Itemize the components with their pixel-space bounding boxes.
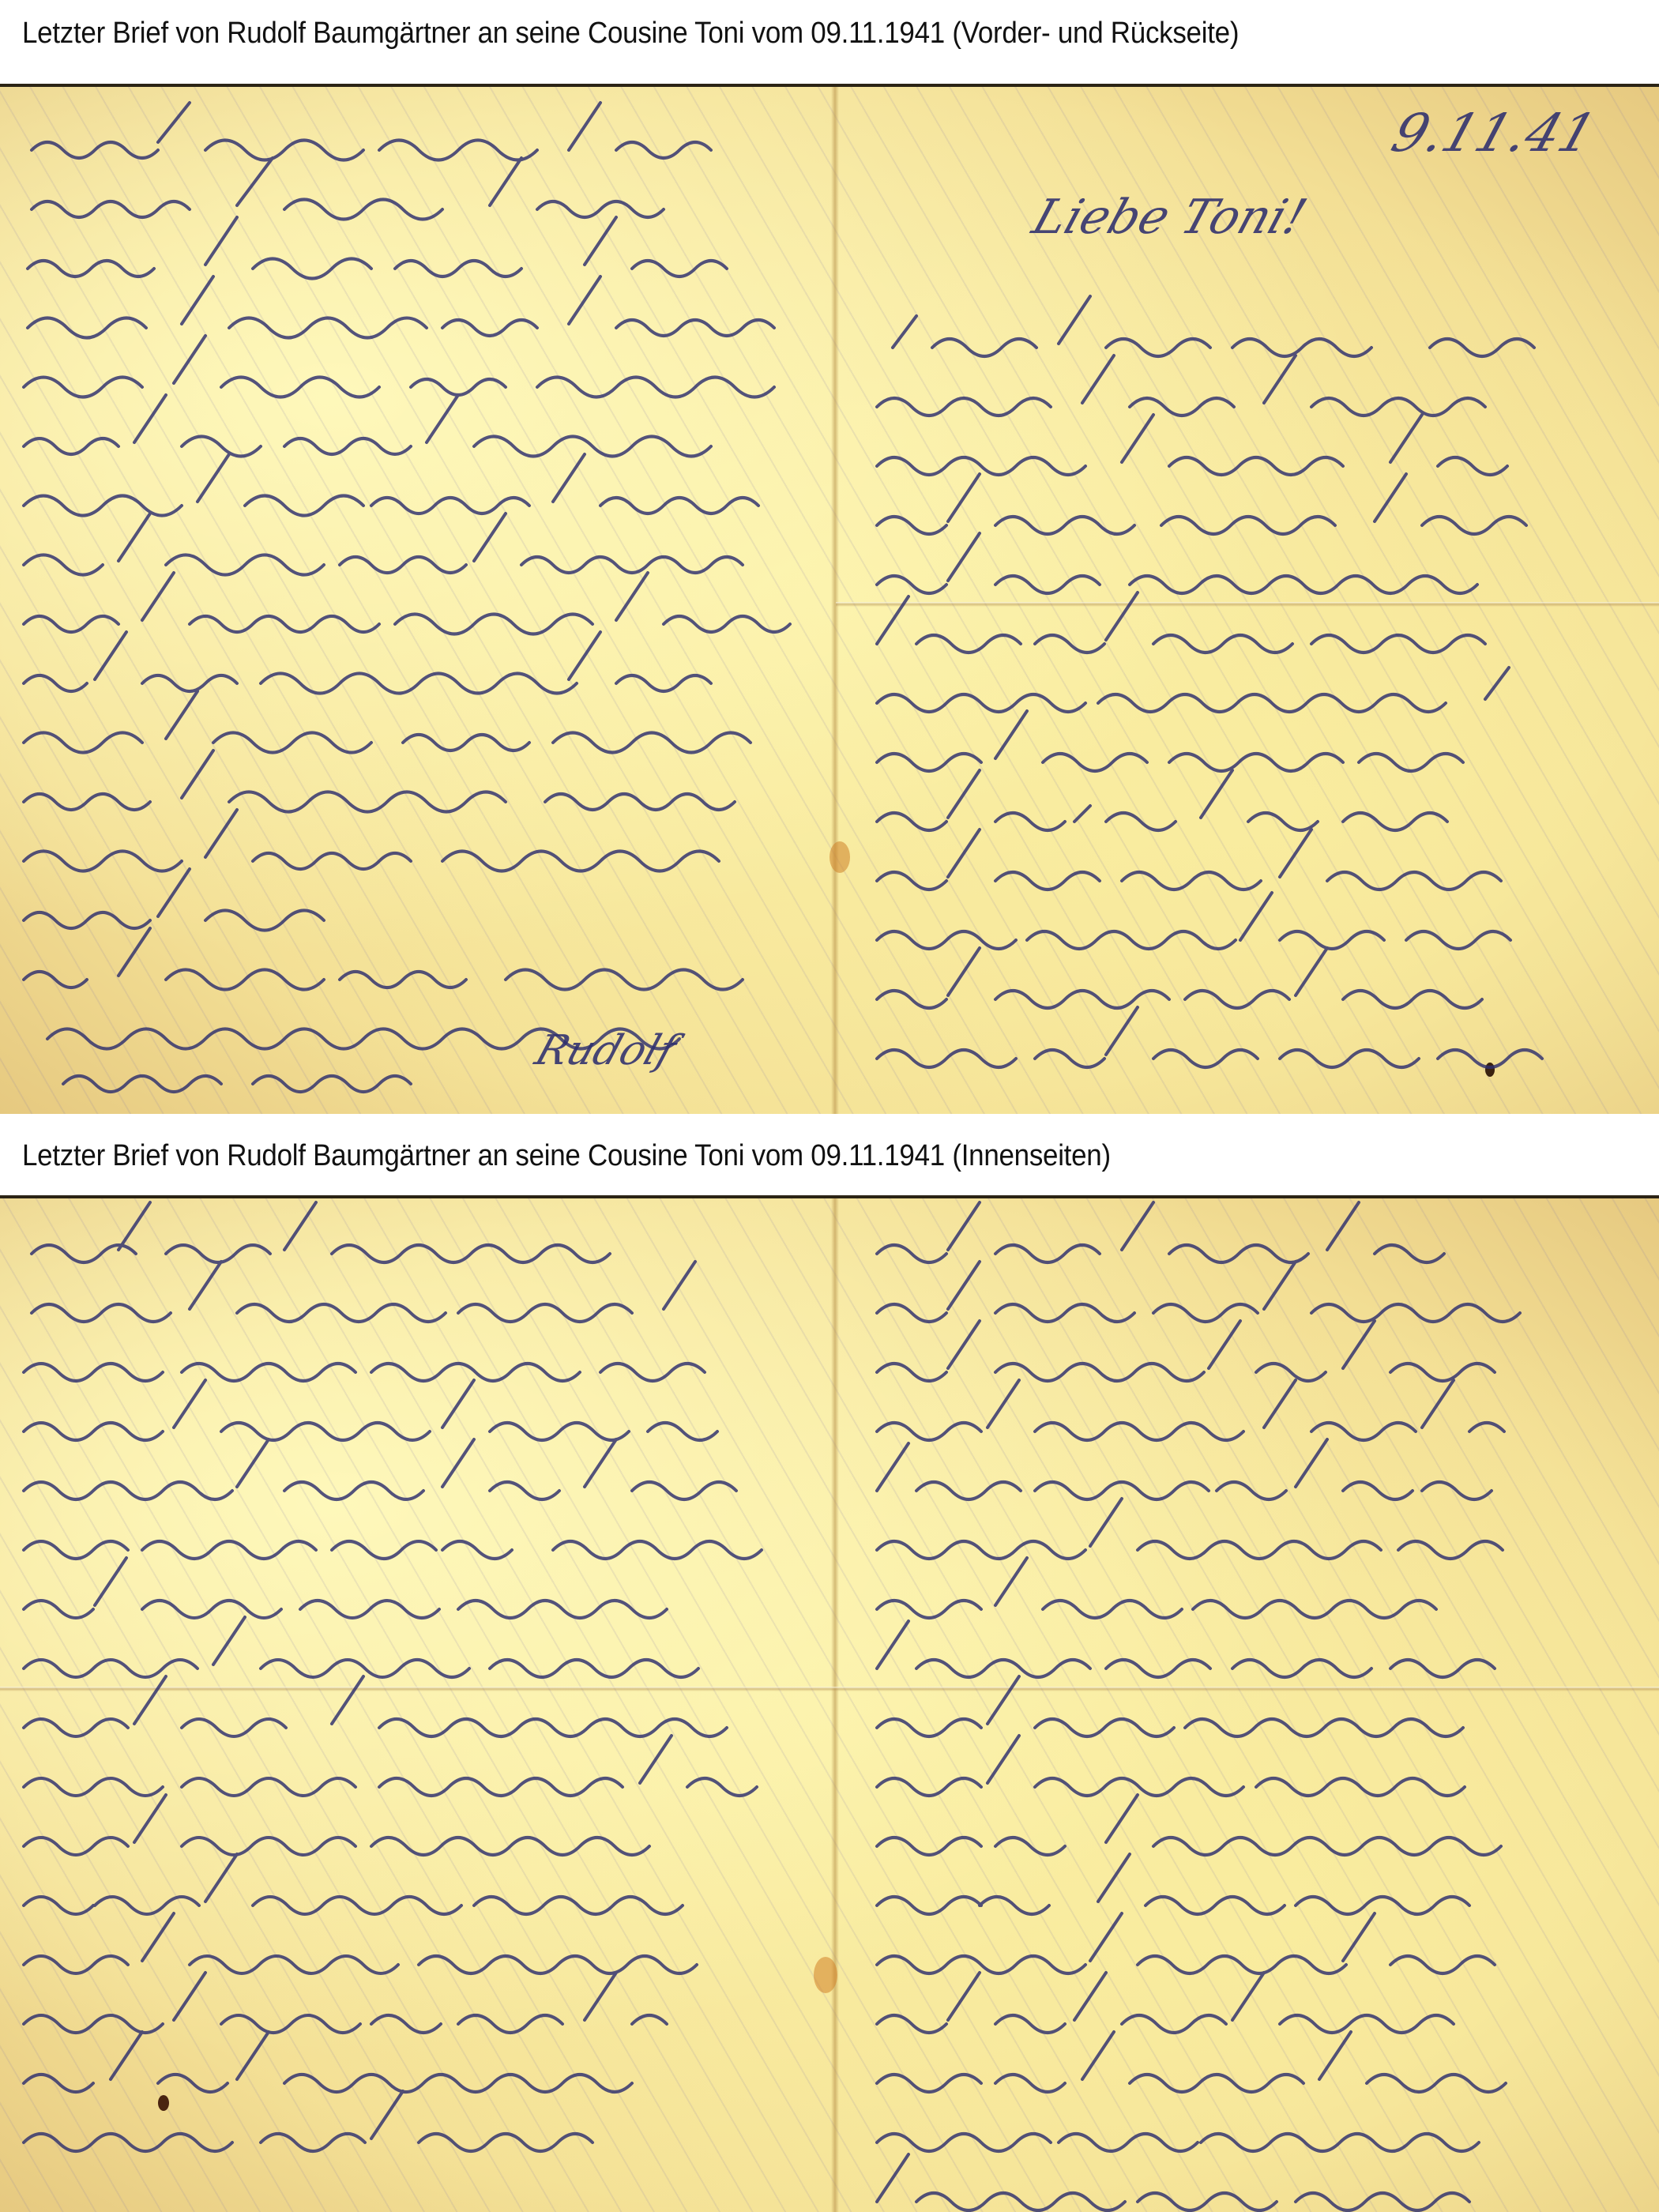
letter-photo-inside [0, 1195, 1659, 2212]
letter-photo-front-back: 9.11.41 Liebe Toni! Rudolf [0, 84, 1659, 1114]
handwriting-strokes-front-back [0, 87, 1659, 1114]
caption-inside: Letzter Brief von Rudolf Baumgärtner an … [22, 1132, 1111, 1179]
caption-front-back: Letzter Brief von Rudolf Baumgärtner an … [22, 9, 1239, 57]
handwriting-strokes-inside [0, 1198, 1659, 2212]
